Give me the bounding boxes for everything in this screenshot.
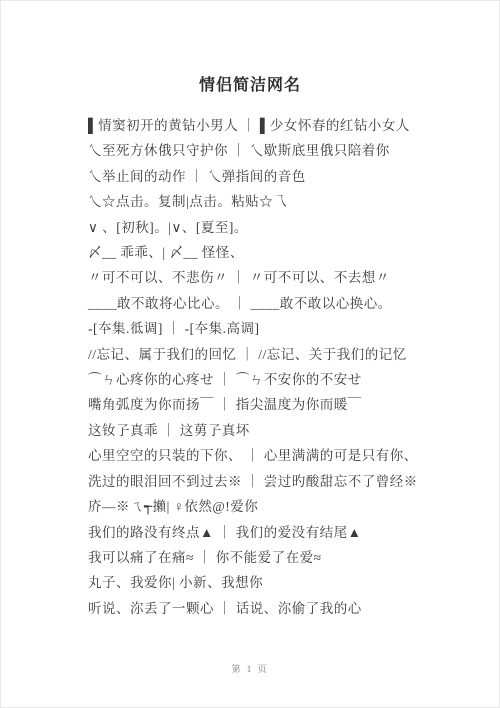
document-page: 情侣简洁网名 ▌情窦初开的黄钻小男人 ｜ ▌少女怀春的红钻小女人 乀至死方休俄只… [0,0,500,708]
nickname-list: ▌情窦初开的黄钻小男人 ｜ ▌少女怀春的红钻小女人 乀至死方休俄只守护你 ｜ 乀… [88,113,430,621]
page-title: 情侣简洁网名 [0,72,500,95]
nickname-line: ▌情窦初开的黄钻小男人 ｜ ▌少女怀春的红钻小女人 [88,113,430,138]
nickname-line: ⌒ㄣ心疼你的心疼せ ｜ ⌒ㄣ不安你的不安せ [88,367,430,392]
nickname-line: 洗过的眼泪回不到过去※ ｜ 尝过旳酸甜忘不了曾经※ [88,469,430,494]
nickname-line: ____敢不敢将心比心。 ｜ ____敢不敢以心换心。 [88,291,430,316]
nickname-line: 庎—※ㄟ┭攋| ♀依然@!爱你 [88,494,430,519]
nickname-line: 这钕孒真乖 ｜ 这莮孒真坏 [88,418,430,443]
nickname-line: 乀☆点击。复制|点击。粘贴☆乁 [88,189,430,214]
nickname-line: -[夲集.彽调] ｜ -[夲集.高调] [88,316,430,341]
nickname-line: 嘴角弧度为你而扬￣ ｜ 指尖温度为你而暖￣ [88,392,430,417]
nickname-line: 〃可不可以、不悲伤〃 ｜ 〃可不可以、不去想〃 [88,265,430,290]
nickname-line: 〆__ 乖乖、| 〆__ 怪怪、 [88,240,430,265]
nickname-line: 乀举止间的动作 ｜ 乀弹指间的音色 [88,164,430,189]
nickname-line: 乀至死方休俄只守护你 ｜ 乀歇斯底里俄只陪着你 [88,138,430,163]
page-number: 第 1 页 [0,662,500,675]
nickname-line: 丸子、我爱你| 小新、我想你 [88,570,430,595]
nickname-line: ∨ 、[初秋]。|∨、[夏至]。 [88,215,430,240]
nickname-line: 我们的路没有终点▲ ｜ 我们的爱没有结尾▲ [88,520,430,545]
nickname-line: 听说、沵丢了一颗心 ｜ 话说、沵偷了我的心 [88,596,430,621]
nickname-line: 我可以痛了在痛≈ ｜ 你不能爱了在爱≈ [88,545,430,570]
nickname-line: 心里空空的只装的下你、 ｜ 心里满满的可是只有你、 [88,443,430,468]
nickname-line: //忘记、属于我们的回忆 ｜ //忘记、关于我们的记忆 [88,342,430,367]
